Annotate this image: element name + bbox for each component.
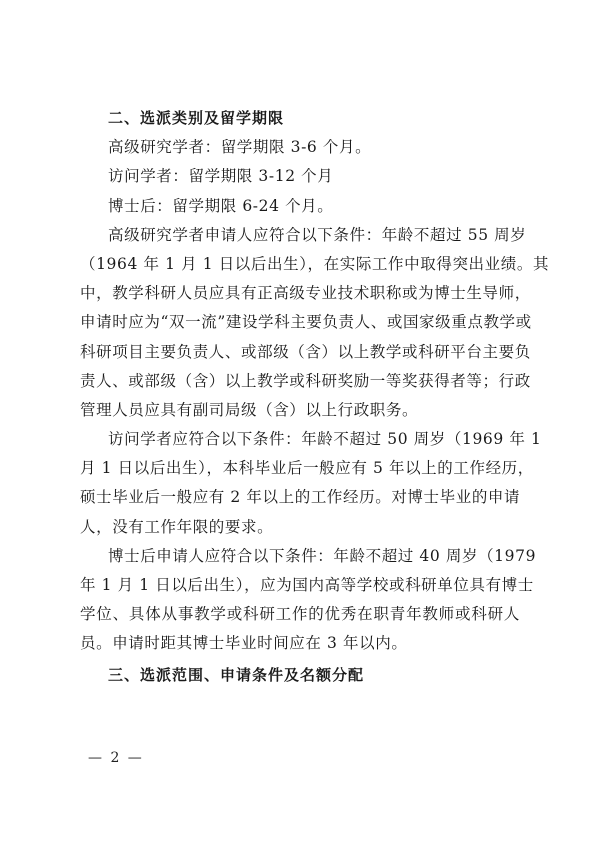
- section-heading-three: 三、选派范围、申请条件及名额分配: [80, 661, 520, 690]
- paragraph-line: 员。申请时距其博士毕业时间应在 3 年以内。: [80, 629, 520, 658]
- paragraph-line: 科研项目主要负责人、或部级（含）以上教学或科研平台主要负: [80, 338, 520, 367]
- paragraph-line: 硕士毕业后一般应有 2 年以上的工作经历。对博士毕业的申请: [80, 483, 520, 512]
- paragraph-line: 人，没有工作年限的要求。: [80, 513, 520, 542]
- section-heading-two: 二、选派类别及留学期限: [80, 104, 520, 133]
- page-number: — 2 —: [88, 750, 144, 766]
- paragraph-visiting-scholar-requirements: 访问学者应符合以下条件：年龄不超过 50 周岁（1969 年 1 月 1 日以后…: [80, 425, 520, 542]
- document-page: 二、选派类别及留学期限 高级研究学者：留学期限 3-6 个月。 访问学者：留学期…: [0, 0, 589, 843]
- paragraph-line: 高级研究学者申请人应符合以下条件：年龄不超过 55 周岁: [80, 221, 520, 250]
- duration-visiting-scholar: 访问学者：留学期限 3-12 个月: [80, 162, 520, 191]
- document-body: 二、选派类别及留学期限 高级研究学者：留学期限 3-6 个月。 访问学者：留学期…: [80, 104, 520, 690]
- paragraph-line: 申请时应为“双一流”建设学科主要负责人、或国家级重点教学或: [80, 308, 520, 337]
- paragraph-line: 管理人员应具有副司局级（含）以上行政职务。: [80, 396, 520, 425]
- duration-list: 高级研究学者：留学期限 3-6 个月。 访问学者：留学期限 3-12 个月 博士…: [80, 133, 520, 221]
- paragraph-line: 学位、具体从事教学或科研工作的优秀在职青年教师或科研人: [80, 600, 520, 629]
- paragraph-line: 中，教学科研人员应具有正高级专业技术职称或为博士生导师，: [80, 279, 520, 308]
- paragraph-senior-researcher-requirements: 高级研究学者申请人应符合以下条件：年龄不超过 55 周岁 （1964 年 1 月…: [80, 221, 520, 425]
- paragraph-line: 年 1 月 1 日以后出生），应为国内高等学校或科研单位具有博士: [80, 571, 520, 600]
- paragraph-line: 月 1 日以后出生），本科毕业后一般应有 5 年以上的工作经历，: [80, 454, 520, 483]
- duration-senior-researcher: 高级研究学者：留学期限 3-6 个月。: [80, 133, 520, 162]
- paragraph-line: 访问学者应符合以下条件：年龄不超过 50 周岁（1969 年 1: [80, 425, 520, 454]
- paragraph-line: 博士后申请人应符合以下条件：年龄不超过 40 周岁（1979: [80, 542, 520, 571]
- paragraph-line: （1964 年 1 月 1 日以后出生），在实际工作中取得突出业绩。其: [80, 250, 520, 279]
- duration-postdoc: 博士后：留学期限 6-24 个月。: [80, 192, 520, 221]
- paragraph-line: 责人、或部级（含）以上教学或科研奖励一等奖获得者等；行政: [80, 367, 520, 396]
- paragraph-postdoc-requirements: 博士后申请人应符合以下条件：年龄不超过 40 周岁（1979 年 1 月 1 日…: [80, 542, 520, 659]
